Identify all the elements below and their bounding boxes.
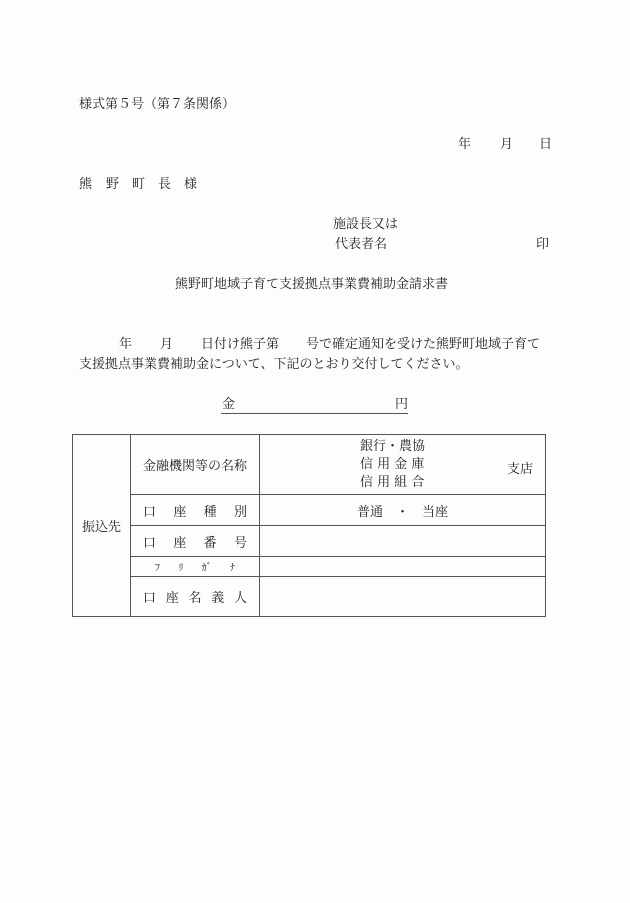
body-month: 月 xyxy=(160,338,173,351)
body-year: 年 xyxy=(119,338,132,351)
account-type-label: 口 座 種 別 xyxy=(131,495,260,526)
addressee-char: 熊 xyxy=(79,178,92,191)
body-text-line2: 支援拠点事業費補助金について、下記のとおり交付してください。 xyxy=(79,358,468,371)
addressee-char: 長 xyxy=(158,178,171,191)
addressee-char: 様 xyxy=(184,178,197,191)
account-number-label: 口 座 番 号 xyxy=(131,526,260,557)
body-text-a: 日付け熊子第 xyxy=(201,338,279,351)
label-char: 口 xyxy=(143,532,156,551)
bank-type-shinkin: 信 用 金 庫 xyxy=(360,456,425,474)
transfer-destination-label: 振込先 xyxy=(73,435,131,617)
addressee-char: 野 xyxy=(106,178,119,191)
label-char: 番 xyxy=(204,532,217,551)
account-number-field[interactable] xyxy=(260,526,546,557)
bank-type-bank: 銀行・農協 xyxy=(360,438,425,456)
date-year: 年 xyxy=(458,138,471,151)
label-char: ﾌ xyxy=(155,559,160,574)
furigana-label: ﾌ ﾘ ｶﾞ ﾅ xyxy=(131,557,260,577)
body-text-b: 号で確定通知を受けた熊野町地域子育て xyxy=(306,338,540,351)
date-day: 日 xyxy=(539,138,552,151)
label-char: 座 xyxy=(173,501,186,520)
seal-mark: 印 xyxy=(536,238,549,251)
label-char: ﾘ xyxy=(178,559,183,574)
label-char: 別 xyxy=(234,501,247,520)
label-char: 名 xyxy=(188,587,201,606)
account-holder-label: 口 座 名 義 人 xyxy=(131,577,260,617)
label-char: ｶﾞ xyxy=(202,559,212,574)
bank-type-options: 銀行・農協 信 用 金 庫 信 用 組 合 xyxy=(360,438,425,492)
label-char: 口 xyxy=(143,587,156,606)
form-number: 様式第５号（第７条関係） xyxy=(79,98,235,111)
amount-field[interactable] xyxy=(221,398,408,414)
label-char: ﾅ xyxy=(230,559,235,574)
branch-label: 支店 xyxy=(507,458,533,477)
furigana-field[interactable] xyxy=(260,557,546,577)
label-char: 座 xyxy=(166,587,179,606)
label-char: 口 xyxy=(143,501,156,520)
label-char: 種 xyxy=(204,501,217,520)
transfer-table: 振込先 金融機関等の名称 銀行・農協 信 用 金 庫 信 用 組 合 支店 口 … xyxy=(72,434,546,617)
document-title: 熊野町地域子育て支援拠点事業費補助金請求書 xyxy=(175,278,448,291)
addressee-char: 町 xyxy=(132,178,145,191)
account-type-field[interactable]: 普通 ・ 当座 xyxy=(260,495,546,526)
label-char: 義 xyxy=(211,587,224,606)
account-holder-field[interactable] xyxy=(260,577,546,617)
bank-name-label: 金融機関等の名称 xyxy=(131,435,260,495)
bank-type-kumiai: 信 用 組 合 xyxy=(360,474,425,492)
date-month: 月 xyxy=(500,138,513,151)
label-char: 座 xyxy=(173,532,186,551)
applicant-line1: 施設長又は xyxy=(333,218,398,231)
bank-name-field[interactable]: 銀行・農協 信 用 金 庫 信 用 組 合 支店 xyxy=(260,435,546,495)
amount-suffix: 円 xyxy=(395,398,408,411)
label-char: 人 xyxy=(234,587,247,606)
amount-prefix: 金 xyxy=(222,398,235,411)
label-char: 号 xyxy=(234,532,247,551)
applicant-representative: 代表者名 xyxy=(335,238,387,251)
